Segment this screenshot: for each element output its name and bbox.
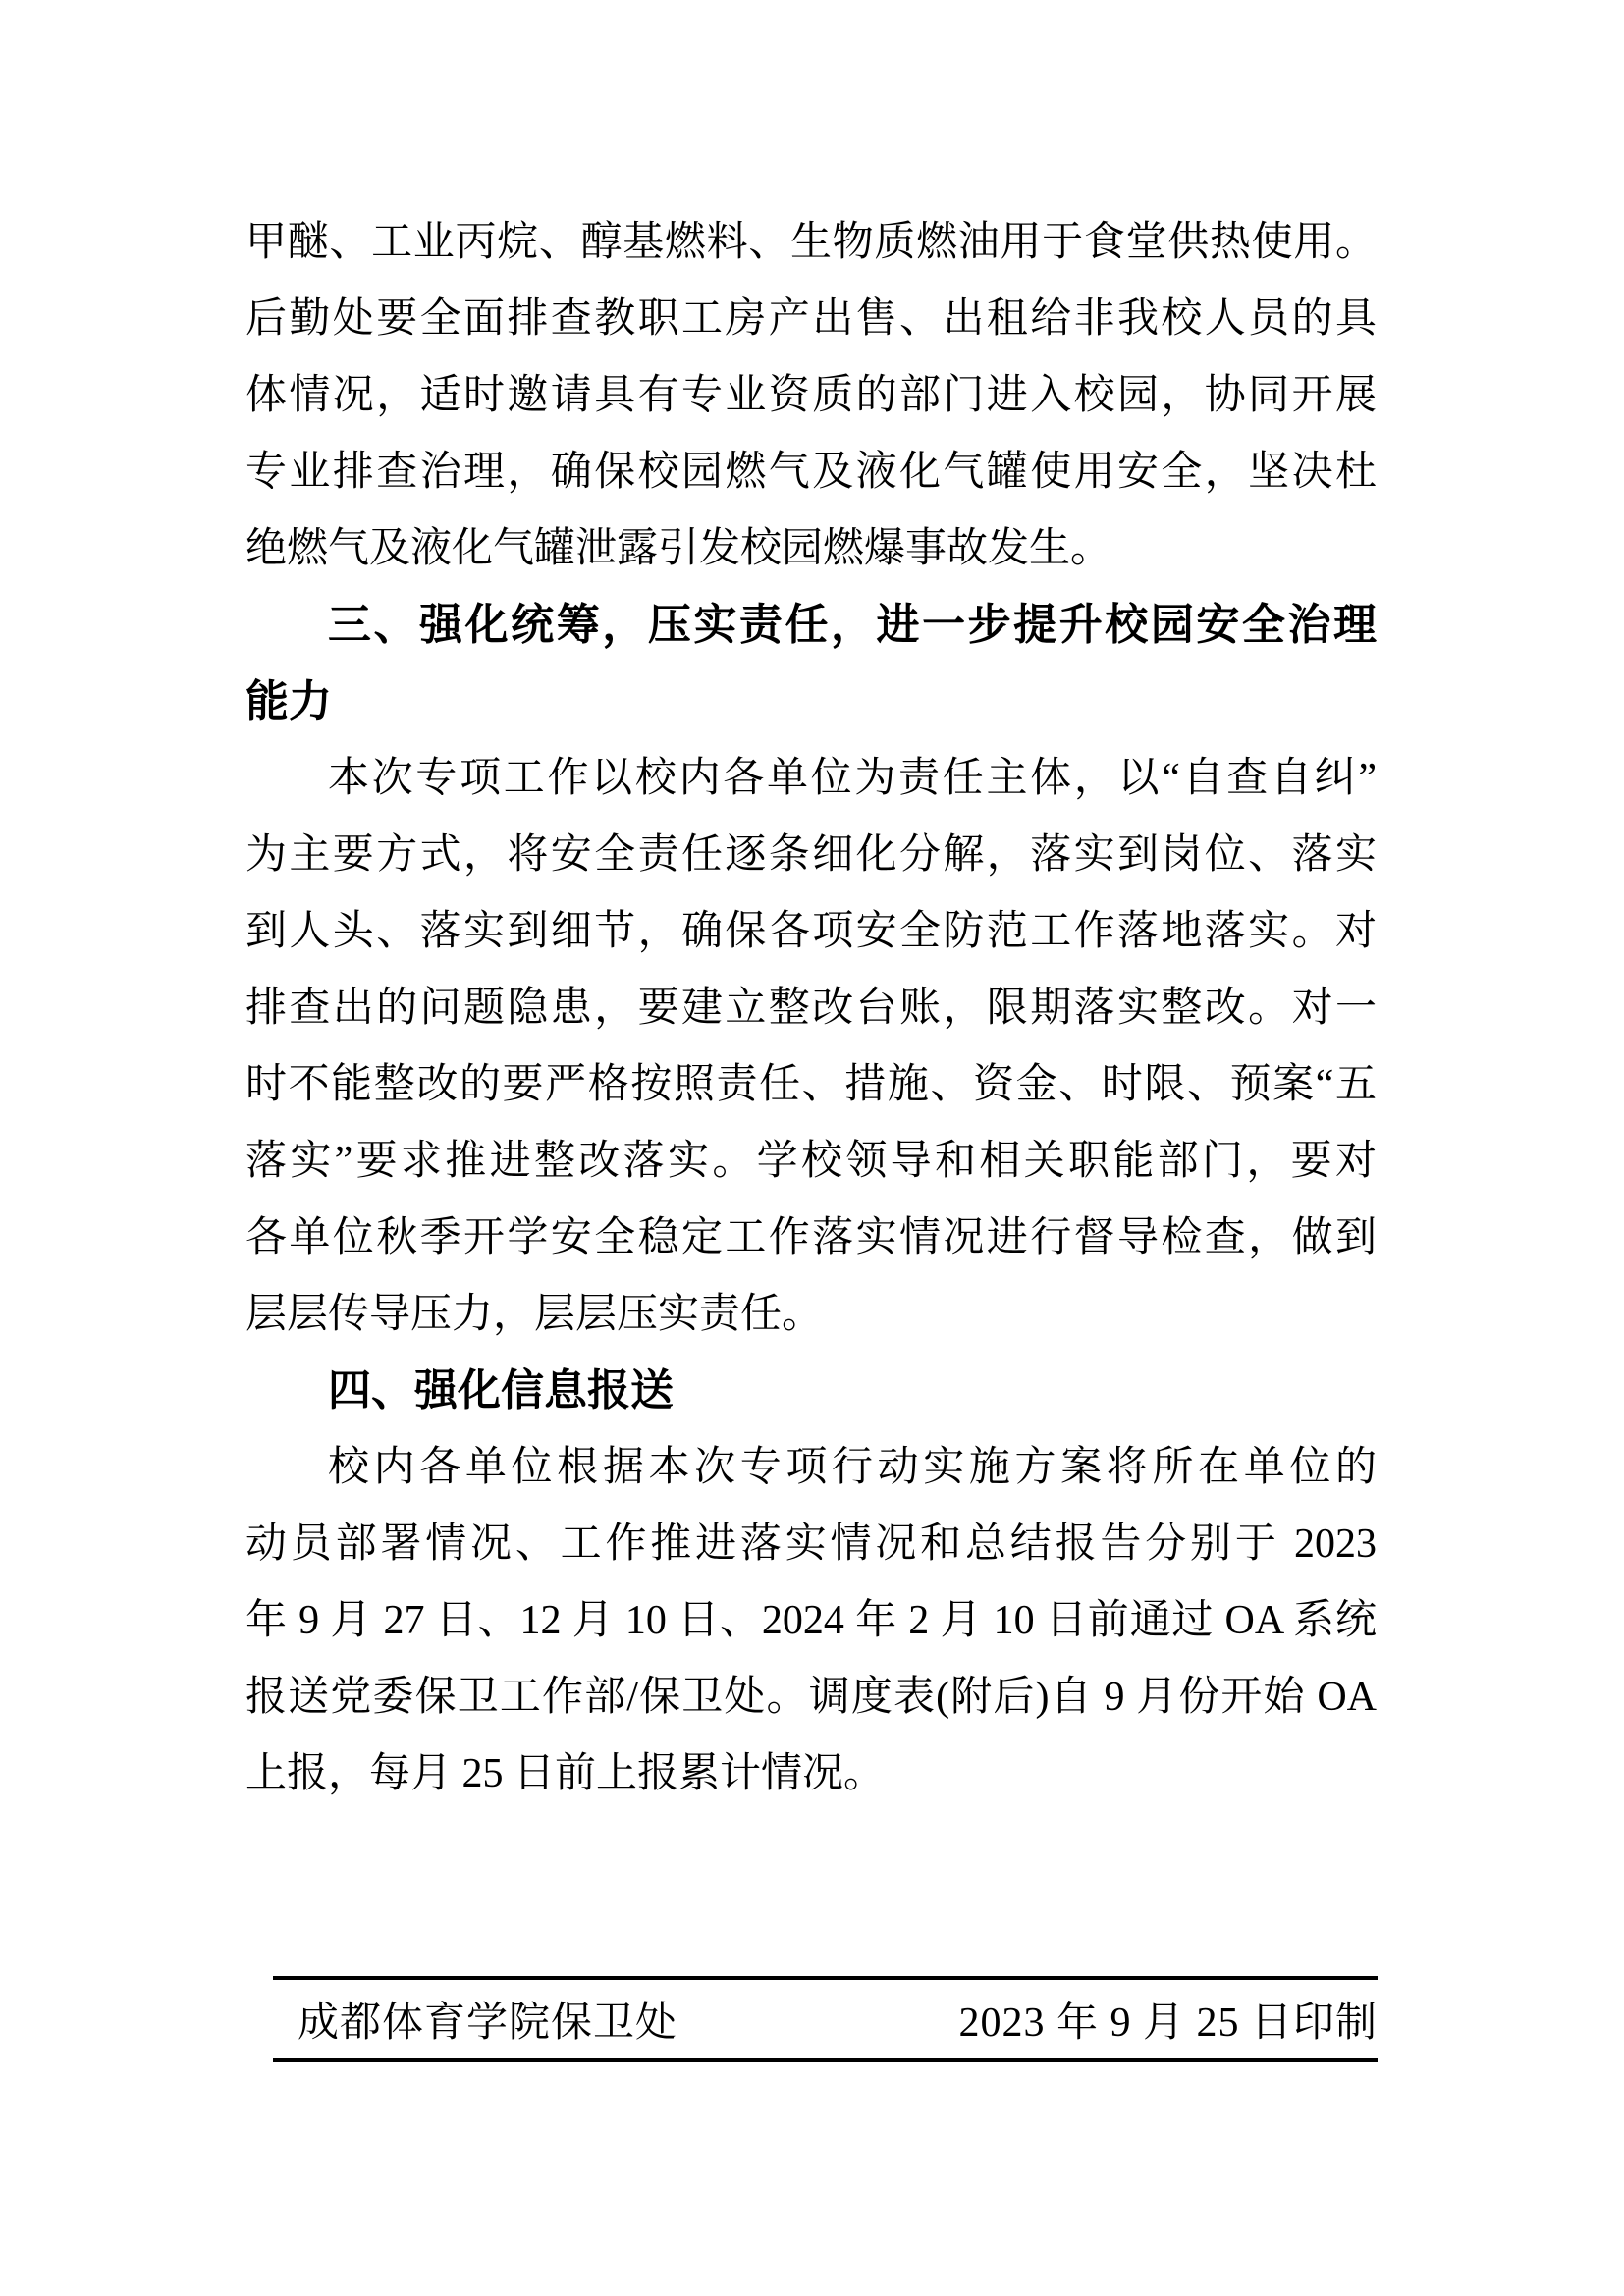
body-text-line: 动员部署情况、工作推进落实情况和总结报告分别于 2023 bbox=[245, 1506, 1377, 1582]
body-text-line: 绝燃气及液化气罐泄露引发校园燃爆事故发生。 bbox=[245, 510, 1377, 587]
section-heading-line: 能力 bbox=[245, 664, 1377, 740]
body-text-line: 各单位秋季开学安全稳定工作落实情况进行督导检查，做到 bbox=[245, 1200, 1377, 1276]
document-page: 甲醚、工业丙烷、醇基燃料、生物质燃油用于食堂供热使用。 后勤处要全面排查教职工房… bbox=[0, 0, 1624, 2296]
body-text-line: 层层传导压力，层层压实责任。 bbox=[245, 1276, 1377, 1353]
page-footer: 成都体育学院保卫处 2023 年 9 月 25 日印制 bbox=[273, 1976, 1378, 2062]
body-text-line: 报送党委保卫工作部/保卫处。调度表(附后)自 9 月份开始 OA bbox=[245, 1659, 1377, 1735]
footer-issuer: 成都体育学院保卫处 bbox=[298, 1990, 677, 2049]
body-text-line: 为主要方式，将安全责任逐条细化分解，落实到岗位、落实 bbox=[245, 817, 1377, 893]
footer-print-date: 2023 年 9 月 25 日印制 bbox=[958, 1990, 1378, 2049]
body-text-line: 专业排查治理，确保校园燃气及液化气罐使用安全，坚决杜 bbox=[245, 434, 1377, 510]
body-text-line: 体情况，适时邀请具有专业资质的部门进入校园，协同开展 bbox=[245, 357, 1377, 434]
body-text-line: 时不能整改的要严格按照责任、措施、资金、时限、预案“五 bbox=[245, 1046, 1377, 1123]
body-text-line: 落实”要求推进整改落实。学校领导和相关职能部门，要对 bbox=[245, 1123, 1377, 1200]
section-heading-line: 三、强化统筹，压实责任，进一步提升校园安全治理 bbox=[245, 587, 1377, 664]
document-text: 甲醚、工业丙烷、醇基燃料、生物质燃油用于食堂供热使用。 后勤处要全面排查教职工房… bbox=[245, 204, 1377, 1812]
body-text-line: 年 9 月 27 日、12 月 10 日、2024 年 2 月 10 日前通过 … bbox=[245, 1582, 1377, 1659]
section-heading-line: 四、强化信息报送 bbox=[245, 1353, 1377, 1429]
body-text-line: 本次专项工作以校内各单位为责任主体，以“自查自纠” bbox=[245, 740, 1377, 817]
body-text-line: 上报，每月 25 日前上报累计情况。 bbox=[245, 1735, 1377, 1812]
body-text-line: 后勤处要全面排查教职工房产出售、出租给非我校人员的具 bbox=[245, 281, 1377, 357]
body-text-line: 甲醚、工业丙烷、醇基燃料、生物质燃油用于食堂供热使用。 bbox=[245, 204, 1377, 281]
body-text-line: 校内各单位根据本次专项行动实施方案将所在单位的 bbox=[245, 1429, 1377, 1506]
body-text-line: 到人头、落实到细节，确保各项安全防范工作落地落实。对 bbox=[245, 893, 1377, 970]
body-text-line: 排查出的问题隐患，要建立整改台账，限期落实整改。对一 bbox=[245, 970, 1377, 1046]
